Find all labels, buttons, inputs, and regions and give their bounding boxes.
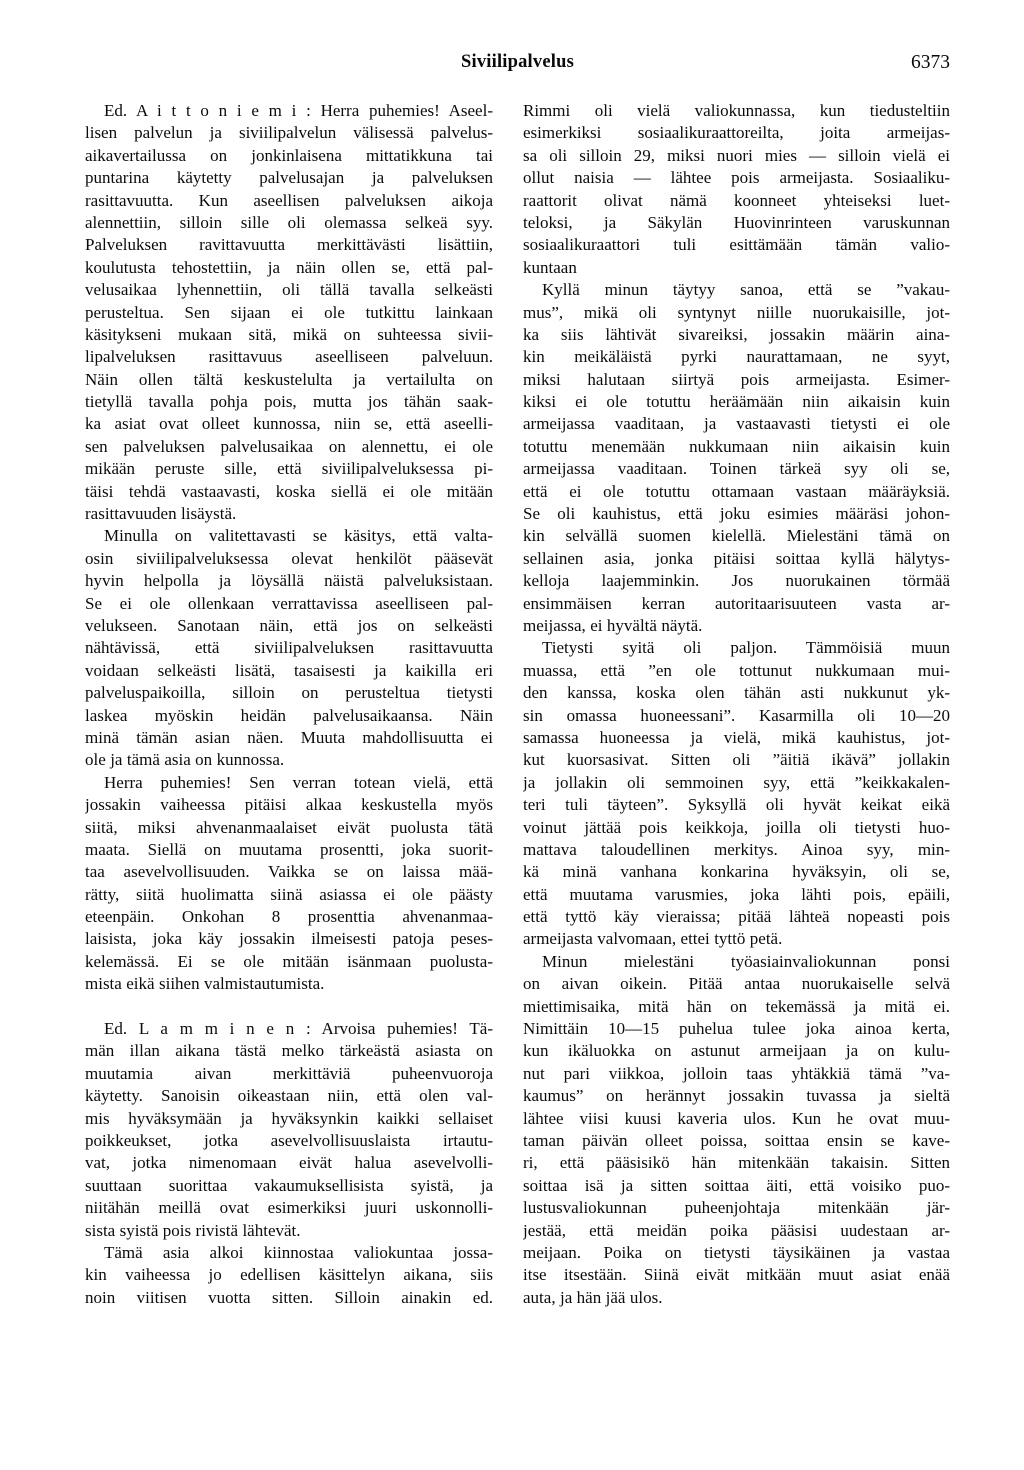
text-line: aikavertailussa on jonkinlaisena mittati… — [85, 145, 493, 167]
text-line: män illan aikana tästä melko tärkeästä a… — [85, 1040, 493, 1062]
paragraph: Herra puhemies! Sen verran totean vielä,… — [85, 772, 493, 996]
text-line: kiksi ei ole totuttu heräämään niin aika… — [523, 391, 950, 413]
text-line: maata. Siellä on muutama prosentti, joka… — [85, 839, 493, 861]
text-line: Minulla on valitettavasti se käsitys, et… — [85, 525, 493, 547]
text-line: armeijasta valvomaan, ettei tyttö petä. — [523, 928, 950, 950]
text-line: lipalveluksen rasittavuus aseelliseen pa… — [85, 346, 493, 368]
text-line: laisista, joka käy jossakin ilmeisesti p… — [85, 928, 493, 950]
text-line: itse itsestään. Siinä eivät mitkään muut… — [523, 1264, 950, 1286]
text-line: Se ei ole ollenkaan verrattavissa aseell… — [85, 593, 493, 615]
text-line: muutamia aivan merkittäviä puheenvuoroja — [85, 1063, 493, 1085]
text-line: samassa huoneessa ja vielä, mikä kauhist… — [523, 727, 950, 749]
text-line: meijassa, ei hyvältä näytä. — [523, 615, 950, 637]
text-line: vat, jotka nimenomaan eivät halua asevel… — [85, 1152, 493, 1174]
text-line: den kanssa, koska olen tähän asti nukkun… — [523, 682, 950, 704]
text-line: ri, että pääsisikö hän mitenkään takaisi… — [523, 1152, 950, 1174]
text-line: sen palveluksen palvelusaikaa on alennet… — [85, 436, 493, 458]
text-line: ja jollakin oli semmoinen syy, että ”kei… — [523, 772, 950, 794]
text-line: alennettiin, silloin sille oli olemassa … — [85, 212, 493, 234]
text-line: Se oli kauhistus, että joku esimies määr… — [523, 503, 950, 525]
text-line: armeijassa vaaditaan. Toinen tärkeä syy … — [523, 458, 950, 480]
text-line: auta, ja hän jää ulos. — [523, 1287, 950, 1309]
text-line: Näin ollen tältä keskustelulta ja vertai… — [85, 369, 493, 391]
text-line: Ed. L a m m i n e n : Arvoisa puhemies! … — [85, 1018, 493, 1040]
text-line: mattava taloudellinen merkitys. Ainoa sy… — [523, 839, 950, 861]
paragraph: Tämä asia alkoi kiinnostaa valiokuntaa j… — [85, 1242, 493, 1309]
page-number: 6373 — [911, 52, 950, 74]
paragraph: Minun mielestäni työasiainvaliokunnan po… — [523, 951, 950, 1309]
text-line: että muutama varusmies, joka lähti pois,… — [523, 884, 950, 906]
text-line: laskea myöskin heidän palvelusaikaansa. … — [85, 705, 493, 727]
text-line: Nimittäin 10—15 puhelua tulee joka ainoa… — [523, 1018, 950, 1040]
column-left: Ed. A i t t o n i e m i : Herra puhemies… — [85, 100, 493, 1309]
text-columns: Ed. A i t t o n i e m i : Herra puhemies… — [85, 100, 950, 1309]
text-line: kut kuorsasivat. Sitten oli ”äitiä ikävä… — [523, 749, 950, 771]
text-line: velukseen. Sanotaan näin, että jos on se… — [85, 615, 493, 637]
column-right: Rimmi oli vielä valiokunnassa, kun tiedu… — [523, 100, 950, 1309]
text-line: taman päivän olleet poissa, soittaa ensi… — [523, 1130, 950, 1152]
text-line: käsitykseni mukaan sitä, mikä on suhtees… — [85, 324, 493, 346]
text-line: jestää, että meidän poika pääsisi uudest… — [523, 1220, 950, 1242]
text-line: ensimmäisen kerran autoritaarisuuteen va… — [523, 593, 950, 615]
text-line: lähtee viisi kuusi kaveria ulos. Kun he … — [523, 1108, 950, 1130]
text-line: sosiaalikuraattori tuli esittämään tämän… — [523, 234, 950, 256]
text-line: mus”, mikä oli syntynyt niille nuorukais… — [523, 302, 950, 324]
text-line: täisi tehdä vastaavasti, koska siellä ei… — [85, 481, 493, 503]
text-line: miksi halutaan siirtyä pois armeijasta. … — [523, 369, 950, 391]
paragraph: Rimmi oli vielä valiokunnassa, kun tiedu… — [523, 100, 950, 279]
text-line: miettimisaika, mitä hän on tekemässä ja … — [523, 996, 950, 1018]
paragraph: Ed. L a m m i n e n : Arvoisa puhemies! … — [85, 1018, 493, 1242]
text-line: kun ikäluokka on astunut armeijaan ja on… — [523, 1040, 950, 1062]
text-line: hyvin helpolla ja löysällä näistä palvel… — [85, 570, 493, 592]
text-line: palveluspaikoilla, silloin on perusteltu… — [85, 682, 493, 704]
text-line: rasittavuutta. Kun aseellisen palvelukse… — [85, 190, 493, 212]
text-line: Herra puhemies! Sen verran totean vielä,… — [85, 772, 493, 794]
text-line: ollut naisia — lähtee pois armeijasta. S… — [523, 167, 950, 189]
text-line: kin selvällä suomen kielellä. Mielestäni… — [523, 525, 950, 547]
text-line: että tyttö käy vieraissa; pitää lähteä n… — [523, 906, 950, 928]
paragraph: Ed. A i t t o n i e m i : Herra puhemies… — [85, 100, 493, 525]
text-line: kelemässä. Ei se ole mitään isänmaan puo… — [85, 951, 493, 973]
paragraph: Kyllä minun täytyy sanoa, että se ”vakau… — [523, 279, 950, 637]
text-line: rätty, siitä huolimatta siinä asiassa ei… — [85, 884, 493, 906]
text-line: Rimmi oli vielä valiokunnassa, kun tiedu… — [523, 100, 950, 122]
text-line: noin viitisen vuotta sitten. Silloin ain… — [85, 1287, 493, 1309]
text-line: voidaan selkeästi lisätä, tasaisesti ja … — [85, 660, 493, 682]
text-line: Ed. A i t t o n i e m i : Herra puhemies… — [85, 100, 493, 122]
text-line: koulutusta tehostettiin, ja näin ollen s… — [85, 257, 493, 279]
text-line: meijaan. Poika on tietysti täysikäinen j… — [523, 1242, 950, 1264]
text-line: kä minä vanhana konkarina hyväksyin, oli… — [523, 861, 950, 883]
text-line: soittaa isä ja sitten soittaa äiti, että… — [523, 1175, 950, 1197]
text-line: ka siis lähtivät sivareiksi, jossakin mä… — [523, 324, 950, 346]
text-line: että ei ole totuttu ottamaan vastaan mää… — [523, 481, 950, 503]
text-line: kaumus” on herännyt jossakin tuvassa ja … — [523, 1085, 950, 1107]
text-line: kelloja laajemminkin. Jos nuorukainen tö… — [523, 570, 950, 592]
text-line: rasittavuuden lisäystä. — [85, 503, 493, 525]
text-line: Tietysti syitä oli paljon. Tämmöisiä muu… — [523, 637, 950, 659]
text-line: voinut jättää pois keikkoja, joilla oli … — [523, 817, 950, 839]
text-line: eteenpäin. Onkohan 8 prosenttia ahvenanm… — [85, 906, 493, 928]
text-line: taa asevelvollisuuden. Vaikka se on lais… — [85, 861, 493, 883]
text-line: totuttu menemään nukkumaan niin aikaisin… — [523, 436, 950, 458]
text-line: lustusvaliokunnan puheenjohtaja mitenkää… — [523, 1197, 950, 1219]
text-line: sellainen asia, jonka pitäisi soittaa ky… — [523, 548, 950, 570]
text-line: tietyllä tavalla pohja pois, mutta jos t… — [85, 391, 493, 413]
text-line: kin vaiheessa jo edellisen käsittelyn ai… — [85, 1264, 493, 1286]
text-line: ka asiat ovat olleet kunnossa, niin se, … — [85, 413, 493, 435]
text-line: ole ja tämä asia on kunnossa. — [85, 749, 493, 771]
text-line: mis hyväksymään ja hyväksynkin kaikki se… — [85, 1108, 493, 1130]
text-line: lisen palvelun ja siviilipalvelun välise… — [85, 122, 493, 144]
page-title: Siviilipalvelus — [85, 52, 950, 73]
text-line: raattorit olivat nämä koonneet yhteiseks… — [523, 190, 950, 212]
text-line: siitä, miksi ahvenanmaalaiset eivät puol… — [85, 817, 493, 839]
text-line: nähtävissä, että siviilipalveluksen rasi… — [85, 637, 493, 659]
text-line: Tämä asia alkoi kiinnostaa valiokuntaa j… — [85, 1242, 493, 1264]
page: Siviilipalvelus 6373 Ed. A i t t o n i e… — [0, 0, 1024, 1470]
paragraph: Minulla on valitettavasti se käsitys, et… — [85, 525, 493, 771]
text-line: Palveluksen ravittavuutta merkittävästi … — [85, 234, 493, 256]
text-line: niitähän meillä ovat esimerkiksi juuri u… — [85, 1197, 493, 1219]
text-line: perusteltua. Sen sijaan ei ole tutkittu … — [85, 302, 493, 324]
text-line: Kyllä minun täytyy sanoa, että se ”vakau… — [523, 279, 950, 301]
paragraph: Tietysti syitä oli paljon. Tämmöisiä muu… — [523, 637, 950, 950]
text-line: esimerkiksi sosiaalikuraattoreilta, joit… — [523, 122, 950, 144]
text-line: minä tämän asian näen. Muuta mahdollisuu… — [85, 727, 493, 749]
text-line: teloksi, ja Säkylän Huovinrinteen varusk… — [523, 212, 950, 234]
text-line: velusaikaa lyhennettiin, oli tällä taval… — [85, 279, 493, 301]
text-line: mikään peruste sille, että siviilipalvel… — [85, 458, 493, 480]
text-line: sa oli silloin 29, miksi nuori mies — si… — [523, 145, 950, 167]
page-header: Siviilipalvelus 6373 — [85, 52, 950, 76]
text-line: osin siviilipalveluksessa olevat henkilö… — [85, 548, 493, 570]
text-line: käytetty. Sanoisin oikeastaan niin, että… — [85, 1085, 493, 1107]
text-line: poikkeukset, jotka asevelvollisuuslaista… — [85, 1130, 493, 1152]
text-line: nut pari viikkoa, jolloin taas yhtäkkiä … — [523, 1063, 950, 1085]
text-line: teri tuli täyteen”. Syksyllä oli hyvät k… — [523, 794, 950, 816]
text-line: mista eikä siihen valmistautumista. — [85, 973, 493, 995]
text-line: armeijassa vaaditaan, ja vastaavasti tie… — [523, 413, 950, 435]
text-line: Minun mielestäni työasiainvaliokunnan po… — [523, 951, 950, 973]
text-line: jossakin vaiheessa pitäisi alkaa keskust… — [85, 794, 493, 816]
text-line: kin meikäläistä pyrki naurattamaan, ne s… — [523, 346, 950, 368]
text-line: suuttaan suorittaa vakaumuksellisista sy… — [85, 1175, 493, 1197]
text-line: puntarina käytetty palvelusajan ja palve… — [85, 167, 493, 189]
text-line: on aivan oikein. Pitää antaa nuorukaisel… — [523, 973, 950, 995]
text-line: muassa, että ”en ole tottunut nukkumaan … — [523, 660, 950, 682]
text-line: sin omassa huoneessani”. Kasarmilla oli … — [523, 705, 950, 727]
text-line: sista syistä pois rivistä lähtevät. — [85, 1220, 493, 1242]
text-line: kuntaan — [523, 257, 950, 279]
